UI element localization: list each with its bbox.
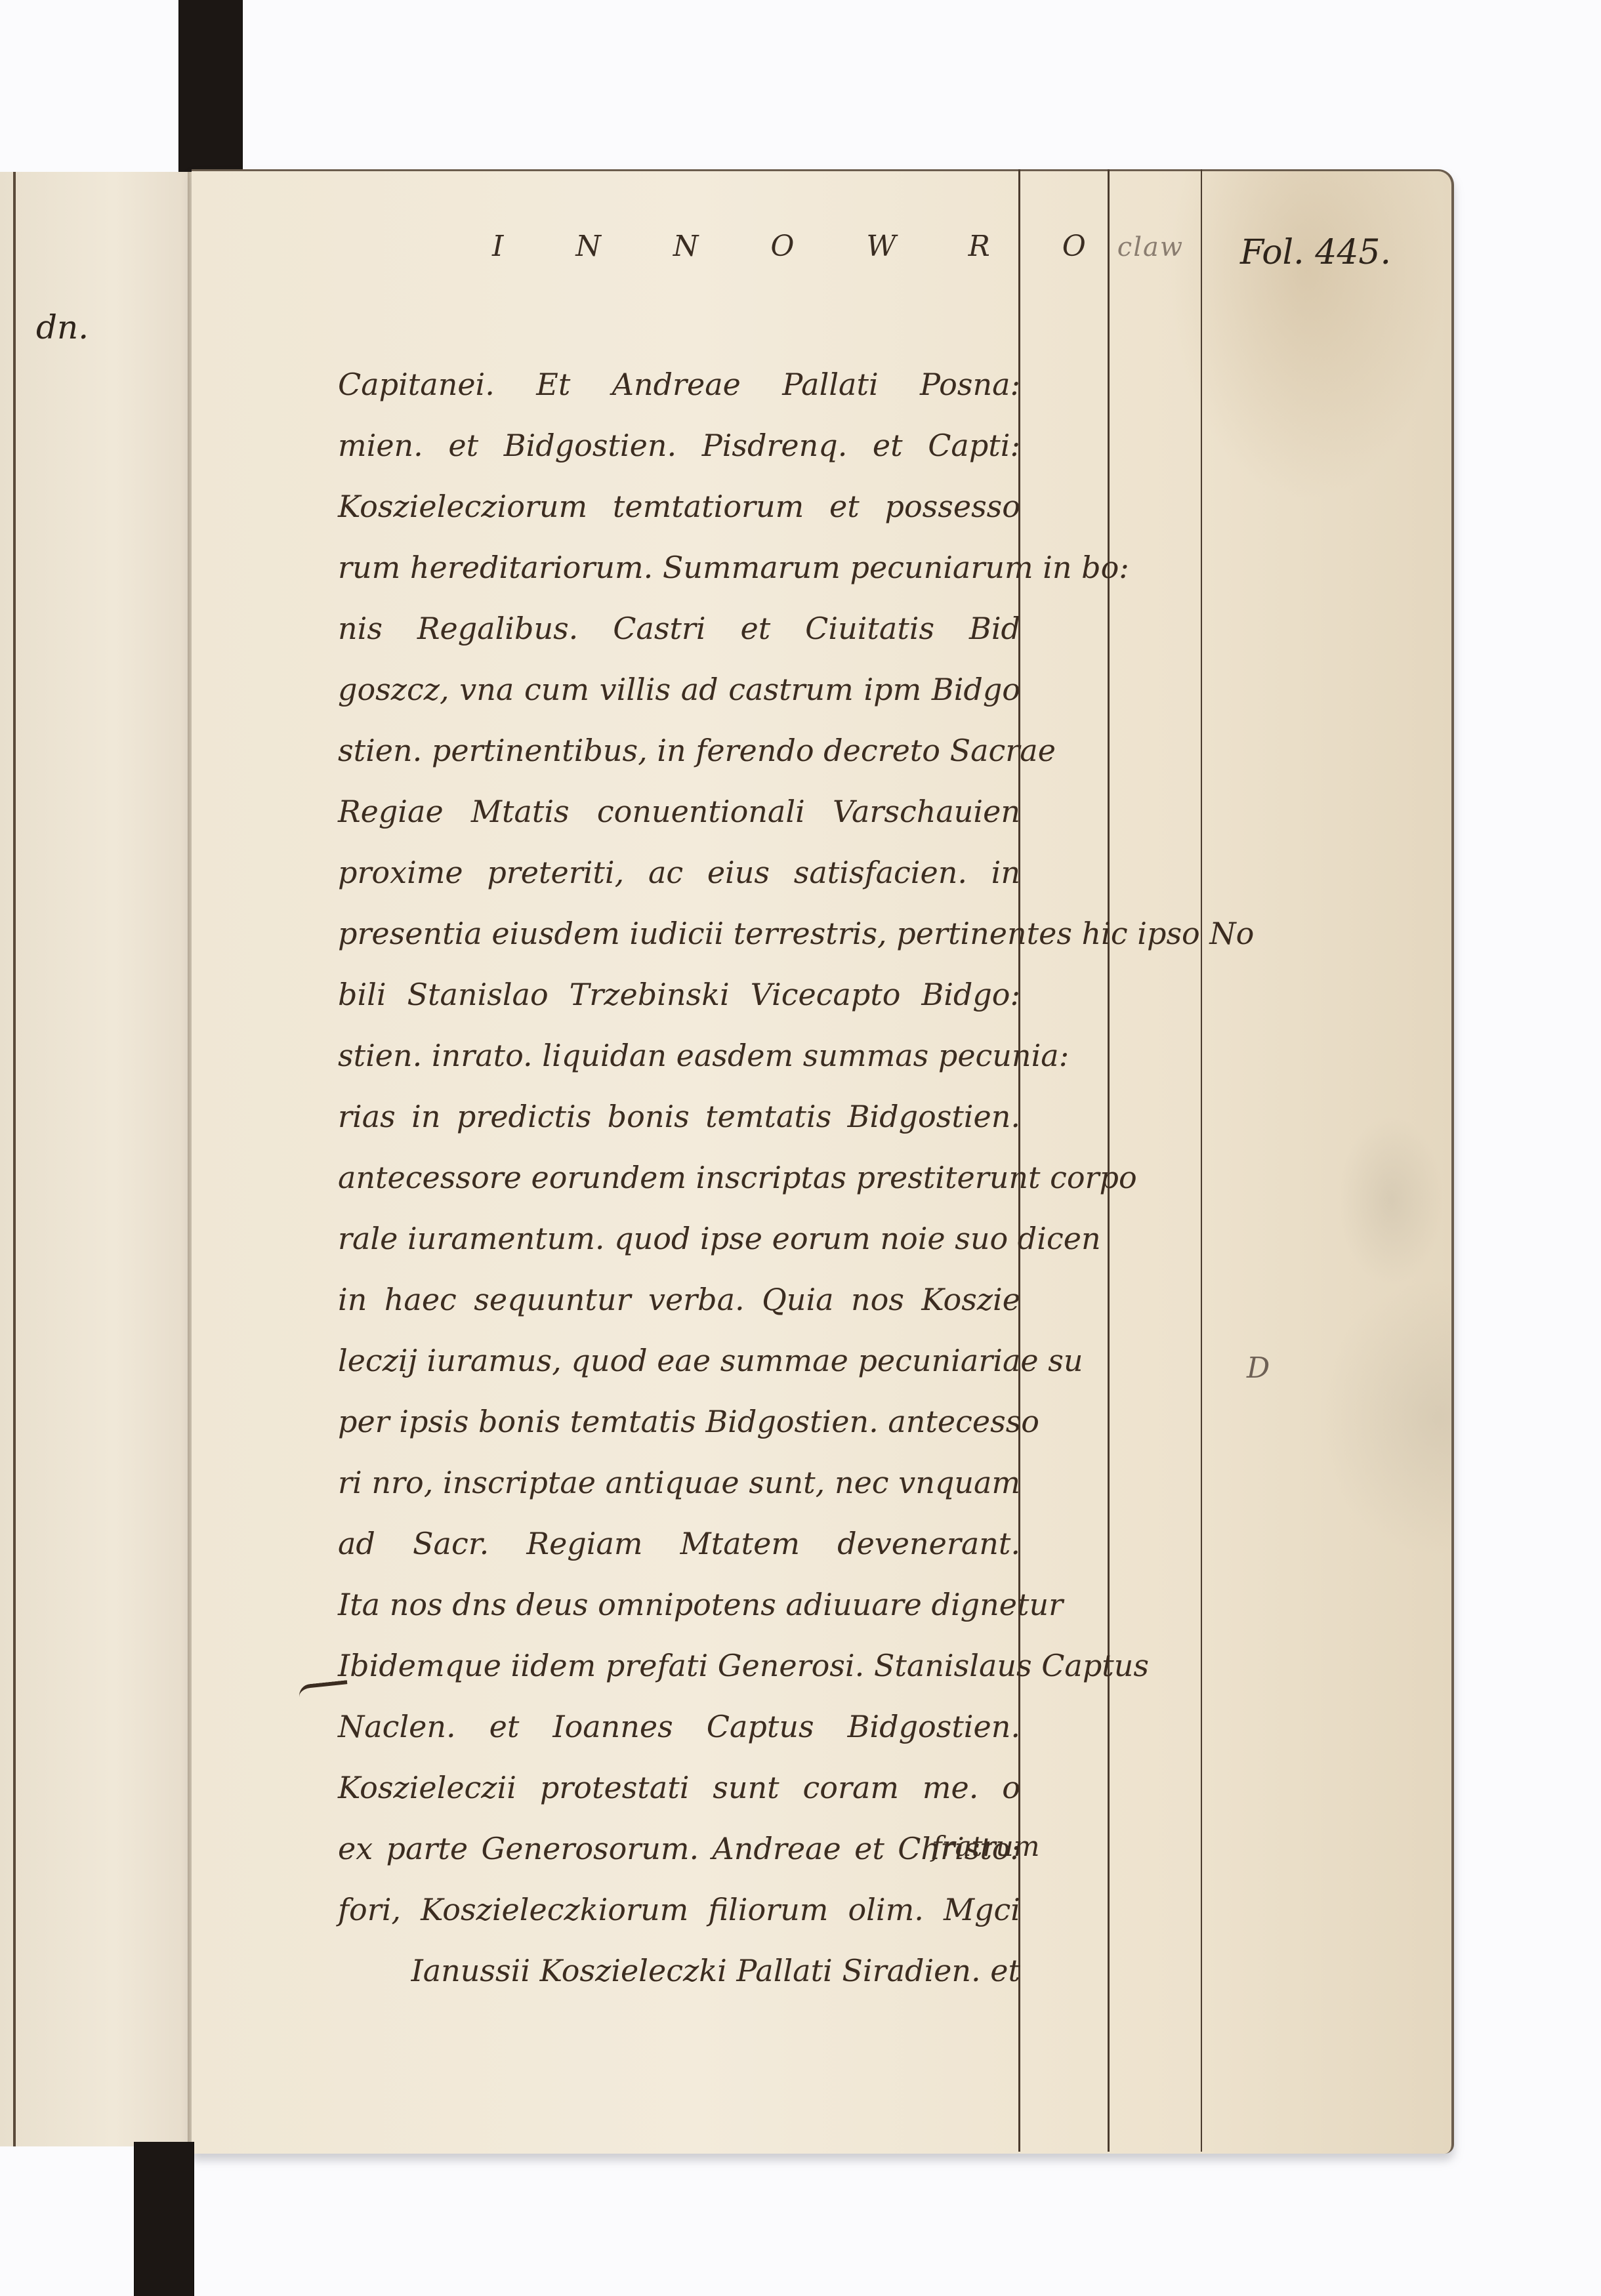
text-line: nis Regalibus. Castri et Ciuitatis Bid — [338, 598, 1020, 659]
left-page-fragment — [0, 172, 190, 2146]
text-line: in haec sequuntur verba. Quia nos Koszie — [338, 1269, 1020, 1330]
column-rule-3 — [1201, 169, 1202, 2152]
right-margin-note: D — [1247, 1351, 1270, 1385]
left-page-ruled-line — [13, 172, 16, 2146]
text-line: mien. et Bidgostien. Pisdrenq. et Capti: — [338, 415, 1020, 476]
running-header-letters: I N N O W R O — [492, 230, 1117, 263]
folio-number: Fol. 445. — [1240, 233, 1391, 272]
text-line: Koszielecziorum temtatiorum et possesso — [338, 476, 1020, 537]
text-line: presentia eiusdem iudicii terrestris, pe… — [338, 903, 1020, 964]
text-line: goszcz, vna cum villis ad castrum ipm Bi… — [338, 659, 1020, 720]
text-line: ex parte Generosorum. Andreae et Christo… — [338, 1818, 1020, 1879]
text-line: leczij iuramus, quod eae summae pecuniar… — [338, 1330, 1020, 1391]
text-line: rum hereditariorum. Summarum pecuniarum … — [338, 537, 1020, 598]
bookmark-ribbon-bottom — [134, 2142, 194, 2296]
bookmark-ribbon-top — [178, 0, 243, 172]
text-line: ri nro, inscriptae antiquae sunt, nec vn… — [338, 1452, 1020, 1513]
text-line: Koszieleczii protestati sunt coram me. o — [338, 1757, 1020, 1818]
text-line: proxime preteriti, ac eius satisfacien. … — [338, 842, 1020, 903]
left-margin-note: dn. — [36, 308, 89, 346]
text-line: rias in predictis bonis temtatis Bidgost… — [338, 1086, 1020, 1147]
text-line: ad Sacr. Regiam Mtatem devenerant. — [338, 1513, 1020, 1574]
running-header: I N N O W R Oclaw — [492, 230, 1184, 263]
text-line: Ianussii Koszieleczki Pallati Siradien. … — [338, 1940, 1020, 2001]
paper-stain — [1339, 1115, 1444, 1286]
text-line: stien. pertinentibus, in ferendo decreto… — [338, 720, 1020, 781]
text-line: rale iuramentum. quod ipse eorum noie su… — [338, 1208, 1020, 1269]
running-header-suffix: claw — [1117, 232, 1184, 262]
text-line: bili Stanislao Trzebinski Vicecapto Bidg… — [338, 964, 1020, 1025]
text-line: Ibidemque iidem prefati Generosi. Stanis… — [338, 1635, 1020, 1696]
text-line: stien. inrato. liquidan easdem summas pe… — [338, 1025, 1020, 1086]
text-line: Ita nos dns deus omnipotens adiuuare dig… — [338, 1574, 1020, 1635]
manuscript-text-block: Capitanei. Et Andreae Pallati Posna: mie… — [338, 354, 1020, 2001]
text-line: per ipsis bonis temtatis Bidgostien. ant… — [338, 1391, 1020, 1452]
text-line: Regiae Mtatis conuentionali Varschauien — [338, 781, 1020, 842]
text-line: Capitanei. Et Andreae Pallati Posna: — [338, 354, 1020, 415]
catchword: fratrum — [932, 1830, 1040, 1862]
text-line: fori, Koszieleczkiorum filiorum olim. Mg… — [338, 1879, 1020, 1940]
text-line: Naclen. et Ioannes Captus Bidgostien. — [338, 1696, 1020, 1757]
text-line: antecessore eorundem inscriptas prestite… — [338, 1147, 1020, 1208]
